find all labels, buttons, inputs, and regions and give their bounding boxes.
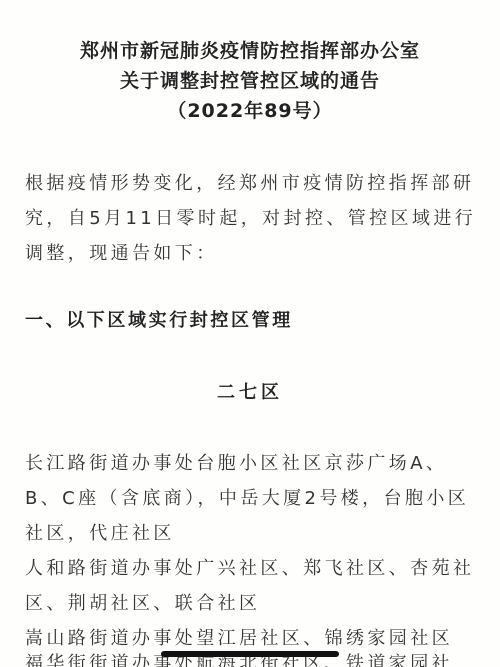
section-heading: 一、以下区域实行封控区管理 (25, 306, 293, 332)
title-number: （2022年89号） (0, 96, 500, 126)
list-item: 长江路街道办事处台胞小区社区京莎广场A、B、C座（含底商），中岳大厦2号楼，台胞… (25, 446, 477, 551)
home-indicator-bar[interactable] (161, 651, 339, 657)
district-heading: 二七区 (0, 378, 500, 404)
notice-title: 郑州市新冠肺炎疫情防控指挥部办公室 关于调整封控管控区域的通告 （2022年89… (0, 36, 500, 126)
title-issuer: 郑州市新冠肺炎疫情防控指挥部办公室 (0, 36, 500, 66)
intro-paragraph: 根据疫情形势变化，经郑州市疫情防控指挥部研究，自5月11日零时起，对封控、管控区… (25, 166, 477, 271)
list-item: 人和路街道办事处广兴社区、郑飞社区、杏苑社区、荆胡社区、联合社区 (25, 551, 477, 621)
title-subject: 关于调整封控管控区域的通告 (0, 66, 500, 96)
entry-list: 长江路街道办事处台胞小区社区京莎广场A、B、C座（含底商），中岳大厦2号楼，台胞… (25, 446, 477, 656)
